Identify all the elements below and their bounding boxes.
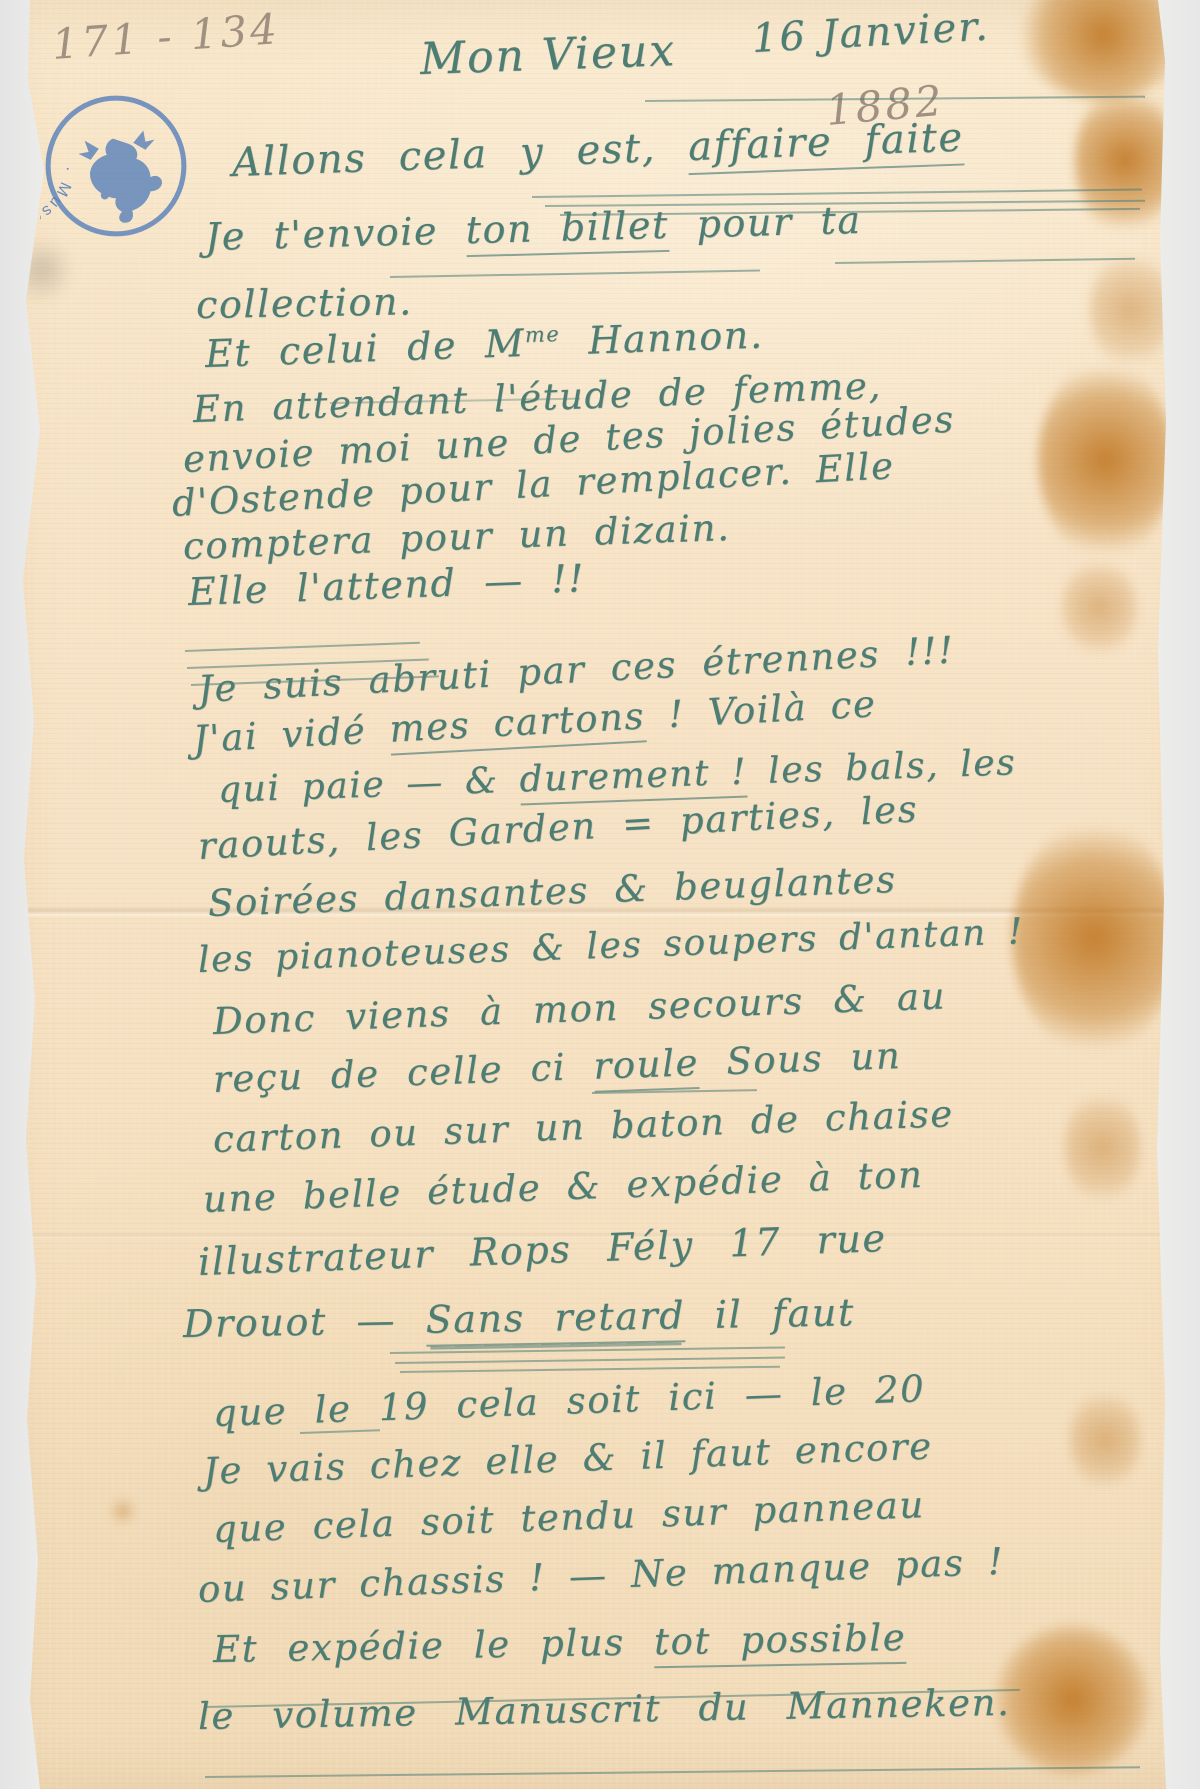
museum-stamp: · Musée de la Littérature – bbox=[40, 90, 192, 242]
letter-line: Donc viens à mon secours & au bbox=[212, 974, 946, 1043]
letter-text-segment: illustrateur Rops Fély 17 rue bbox=[197, 1216, 887, 1284]
letter-text-segment: Sans retard bbox=[425, 1293, 685, 1347]
letter-text-segment: Je vais chez elle & il faut encore bbox=[202, 1425, 933, 1493]
letter-line: que le 19 cela soit ici — le 20 bbox=[212, 1367, 926, 1435]
letter-line: Je vais chez elle & il faut encore bbox=[202, 1425, 933, 1493]
letter-text-segment: qui paie — & bbox=[217, 759, 520, 811]
letter-text-segment: Sous un bbox=[698, 1034, 902, 1084]
letter-text-segment: mes cartons bbox=[388, 694, 646, 755]
underline-flourish bbox=[835, 258, 1135, 264]
letter-text-segment: ton billet bbox=[465, 203, 669, 257]
letter-text-segment: il faut bbox=[685, 1290, 855, 1337]
scanned-letter: 171 - 134 1882 · Musée de la Littérature… bbox=[0, 0, 1200, 1789]
letter-text-segment: une belle étude & expédie à ton bbox=[202, 1153, 924, 1221]
letter-text-segment: carton ou sur un baton de chaise bbox=[212, 1092, 954, 1161]
letter-line: le volume Manuscrit du Manneken. bbox=[198, 1681, 1011, 1738]
letter-text-segment: que le 19 cela soit ici — le 20 bbox=[212, 1367, 926, 1435]
underline-flourish bbox=[390, 270, 760, 278]
letter-text-segment: les bals, les bbox=[746, 742, 1017, 792]
letter-text-segment: Et expédie le plus bbox=[213, 1620, 655, 1671]
stain bbox=[112, 1500, 134, 1522]
letter-text-segment: roule bbox=[593, 1041, 700, 1093]
letter-paper: 171 - 134 1882 · Musée de la Littérature… bbox=[0, 0, 1200, 1789]
letter-line: Drouot — Sans retard il faut bbox=[183, 1290, 856, 1346]
letter-text-segment: Soirées dansantes & beuglantes bbox=[207, 858, 897, 925]
underline-flourish bbox=[532, 189, 1142, 198]
letter-text-segment: reçu de celle ci bbox=[212, 1045, 594, 1101]
letter-text-segment: collection. bbox=[196, 279, 413, 327]
letter-line: carton ou sur un baton de chaise bbox=[212, 1092, 954, 1161]
letter-text-segment: affaire faite bbox=[687, 114, 964, 175]
stain bbox=[1062, 560, 1137, 655]
letter-line: Soirées dansantes & beuglantes bbox=[207, 858, 897, 925]
letter-text-segment: J'ai vidé bbox=[192, 708, 391, 761]
letter-text-segment: ! Voilà ce bbox=[644, 682, 878, 737]
letter-line: Allons cela y est, affaire faite bbox=[231, 114, 964, 186]
stain bbox=[1075, 85, 1175, 235]
letter-text-segment: le volume Manuscrit du Manneken. bbox=[198, 1681, 1011, 1738]
letter-line: collection. bbox=[196, 279, 413, 327]
stain bbox=[995, 1625, 1150, 1775]
letter-text-segment: Et celui de M bbox=[204, 321, 526, 376]
letter-text-segment: tot possible bbox=[654, 1616, 907, 1668]
stain bbox=[1018, 0, 1188, 100]
smudge bbox=[12, 235, 72, 305]
stamp-figure-icon bbox=[79, 131, 162, 223]
letter-text-segment: Je t'envoie bbox=[204, 208, 466, 259]
underline-flourish bbox=[205, 1766, 1140, 1778]
letter-text-segment: Hannon. bbox=[560, 313, 764, 364]
salutation: Mon Vieux bbox=[419, 25, 677, 85]
stain bbox=[1038, 360, 1173, 560]
stain bbox=[1012, 820, 1177, 1055]
letter-text-segment: ou sur chassis ! — Ne manque pas ! bbox=[197, 1540, 1005, 1611]
letter-line: que cela soit tendu sur panneau bbox=[212, 1483, 925, 1551]
letter-text-segment: Drouot — bbox=[183, 1298, 426, 1346]
letter-line: Je t'envoie ton billet pour ta bbox=[204, 198, 862, 259]
letter-line: les pianoteuses & les soupers d'antan ! bbox=[197, 911, 1024, 981]
underline-flourish bbox=[185, 642, 420, 652]
date-line: 16 Janvier. bbox=[751, 4, 991, 62]
underline-flourish bbox=[390, 1346, 785, 1354]
archive-number: 171 - 134 bbox=[50, 4, 281, 69]
letter-text-segment: pour ta bbox=[668, 198, 862, 247]
letter-text-segment: les pianoteuses & les soupers d'antan ! bbox=[197, 911, 1024, 981]
letter-text-segment: Allons cela y est, bbox=[231, 124, 689, 186]
underline-flourish bbox=[400, 1366, 780, 1373]
letter-line: ou sur chassis ! — Ne manque pas ! bbox=[197, 1540, 1005, 1611]
letter-line: une belle étude & expédie à ton bbox=[202, 1153, 924, 1221]
letter-text-segment: que cela soit tendu sur panneau bbox=[212, 1483, 925, 1551]
letter-text-segment: Donc viens à mon secours & au bbox=[212, 974, 946, 1043]
stain bbox=[1065, 1090, 1140, 1205]
stain bbox=[1070, 1390, 1140, 1490]
letter-line: reçu de celle ci roule Sous un bbox=[212, 1034, 902, 1101]
letter-line: illustrateur Rops Fély 17 rue bbox=[197, 1216, 887, 1284]
underline-flourish bbox=[395, 1357, 785, 1364]
letter-line: Et expédie le plus tot possible bbox=[213, 1616, 907, 1671]
stain bbox=[1090, 250, 1170, 370]
letter-text-segment: me bbox=[524, 322, 560, 347]
